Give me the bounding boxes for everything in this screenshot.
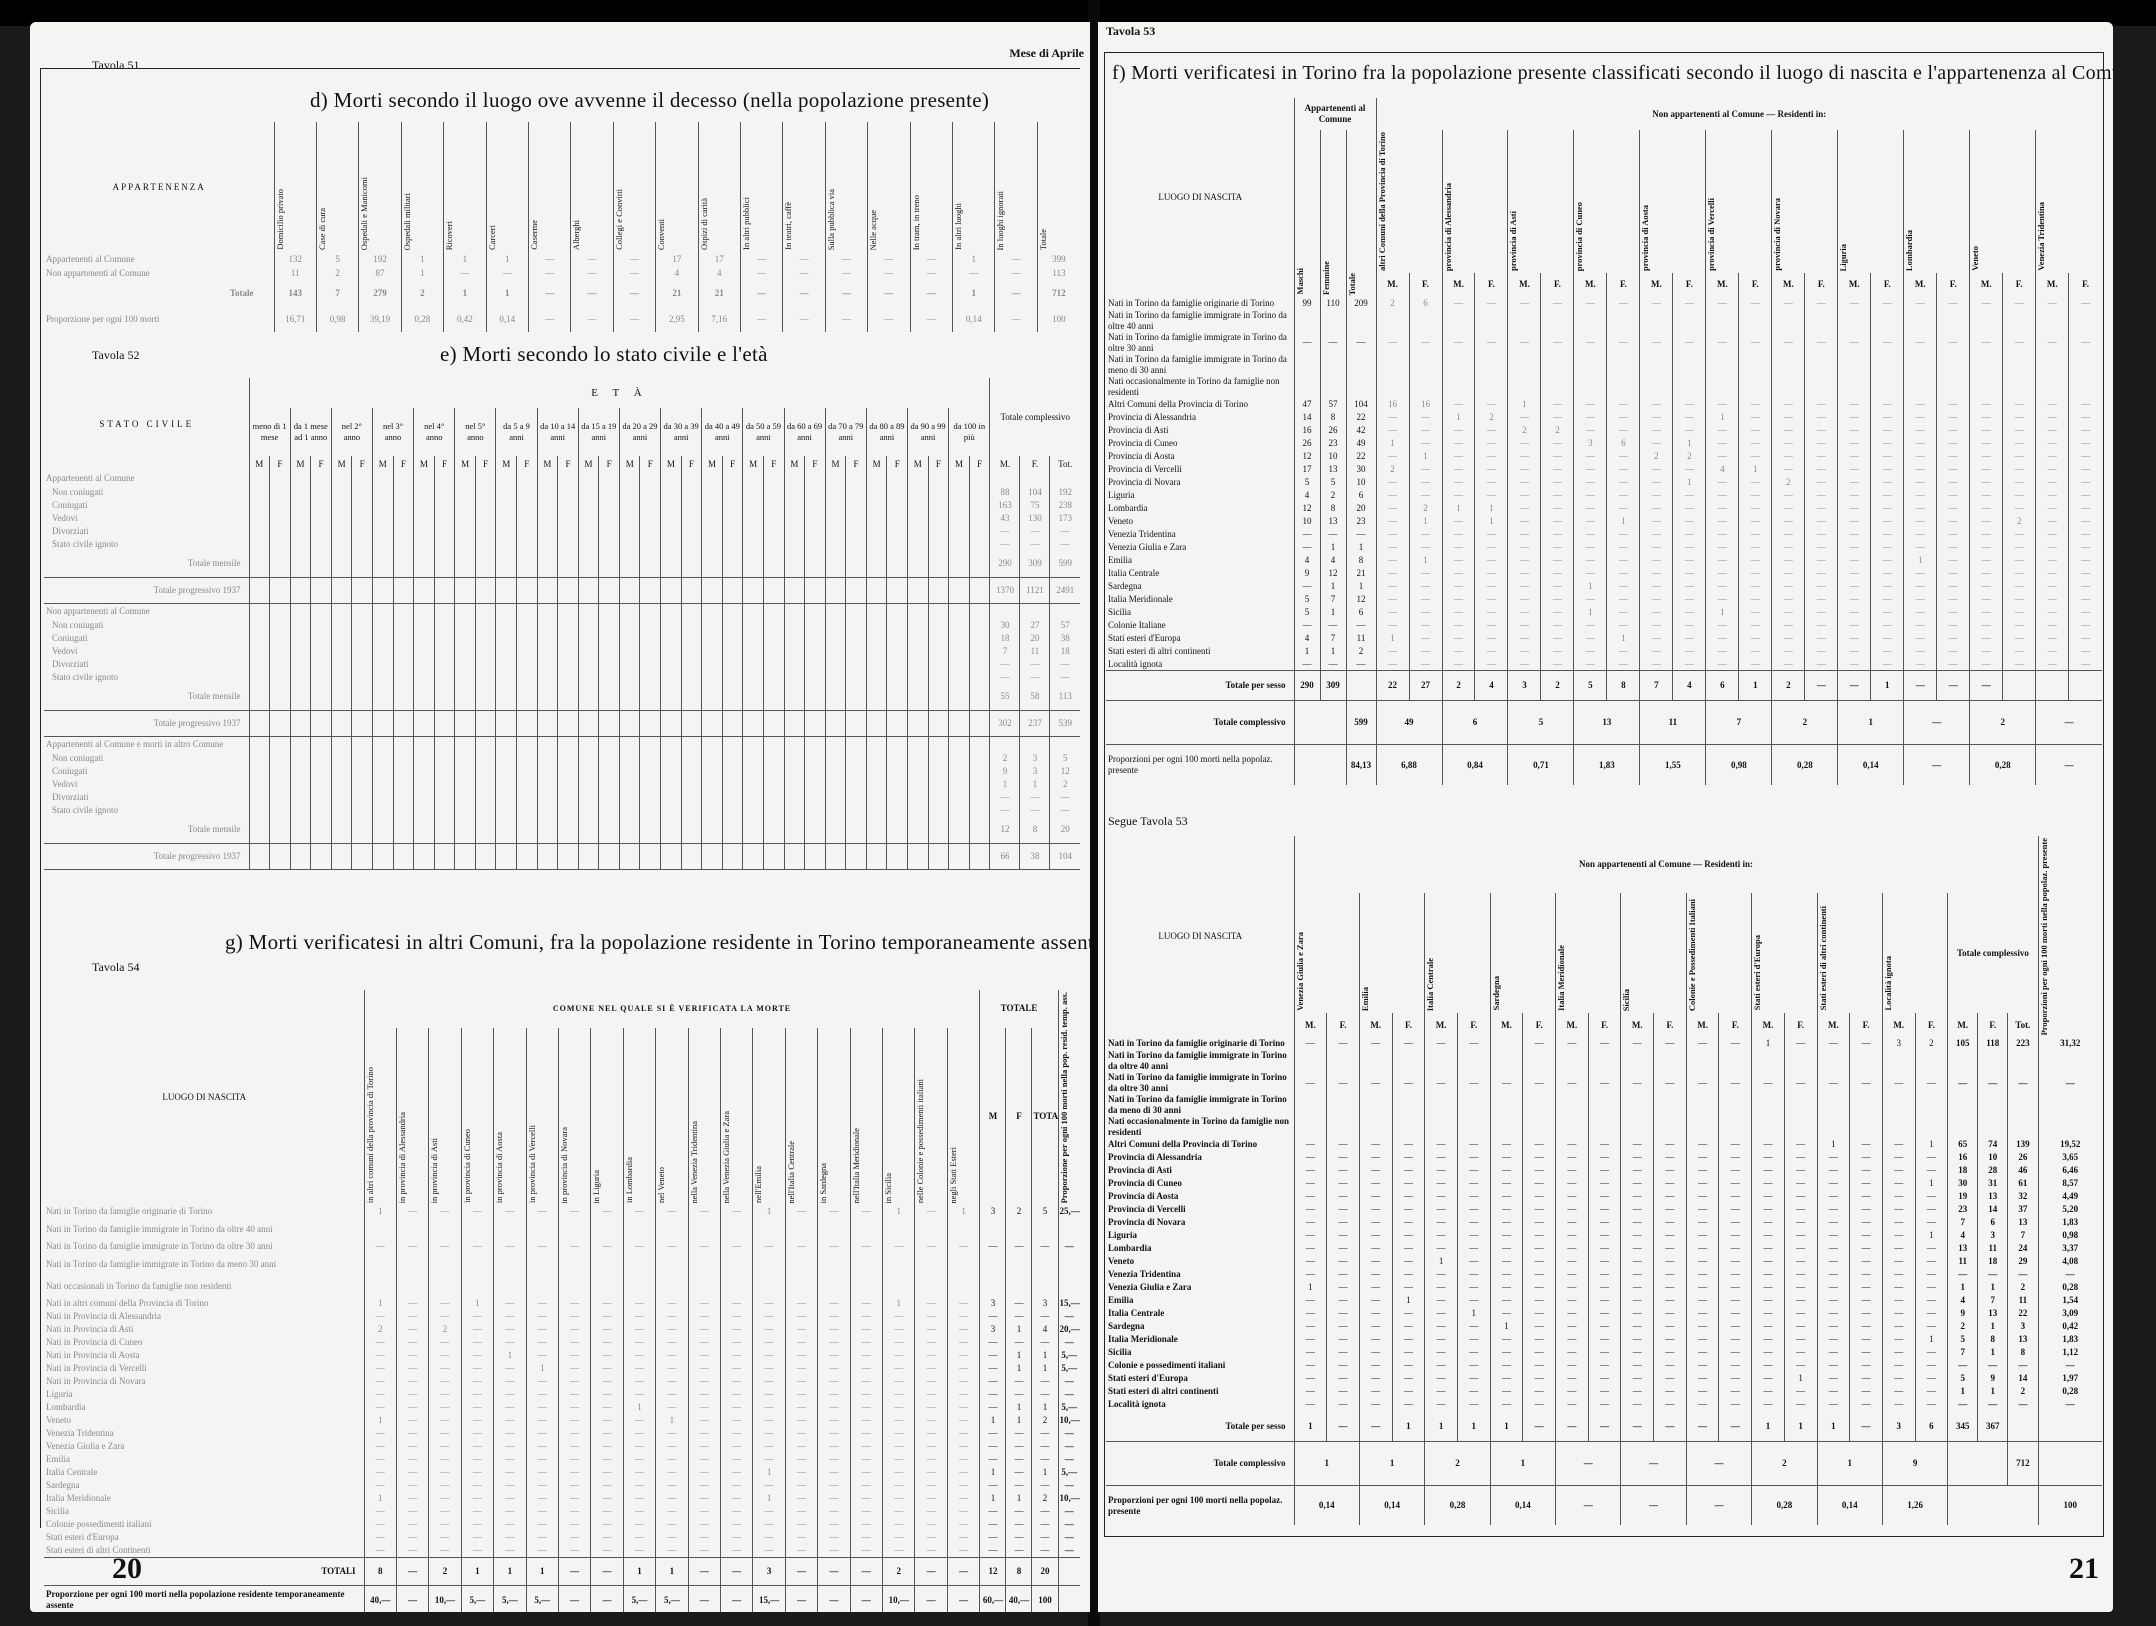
value-cell: —: [571, 306, 613, 332]
value-cell: 1: [444, 252, 486, 266]
value-cell: —: [947, 1440, 980, 1453]
value-cell: —: [1392, 1346, 1425, 1359]
value-cell: [455, 710, 476, 736]
total-cell: 8: [2008, 1346, 2038, 1359]
value-cell: —: [850, 1323, 882, 1336]
value-cell: —: [1850, 1320, 1883, 1333]
value-cell: [681, 710, 702, 736]
value-cell: [1882, 1050, 1915, 1072]
value-cell: —: [1752, 1346, 1785, 1359]
row-label: Totale mensile: [44, 551, 249, 577]
value-cell: —: [1607, 606, 1640, 619]
sex-header: F.: [1739, 273, 1772, 297]
value-cell: [805, 804, 826, 817]
value-cell: —: [1523, 1164, 1556, 1177]
value-cell: [846, 538, 867, 551]
value-cell: 2: [429, 1323, 461, 1336]
column-header-text: In luoghi ignorati: [996, 189, 1005, 253]
value-cell: —: [1640, 645, 1673, 658]
total-cell: 4: [1032, 1323, 1058, 1336]
value-cell: 1: [953, 252, 995, 266]
total-cell: 13: [1948, 1242, 1978, 1255]
value-cell: —: [623, 1414, 655, 1427]
value-cell: [372, 843, 393, 869]
value-cell: —: [2003, 411, 2036, 424]
value-cell: —: [753, 1362, 785, 1375]
value-cell: —: [591, 1310, 623, 1323]
value-cell: [1320, 354, 1346, 376]
total-cell: 11: [1978, 1242, 2008, 1255]
value-cell: [1327, 1116, 1360, 1138]
value-cell: [496, 525, 517, 538]
value-cell: —: [688, 1505, 720, 1518]
value-cell: —: [850, 1336, 882, 1349]
value-cell: [475, 632, 496, 645]
value-cell: [949, 778, 970, 791]
value-cell: [455, 499, 476, 512]
value-cell: [558, 632, 579, 645]
value-cell: [969, 619, 990, 632]
sex-header: F: [434, 456, 455, 470]
value-cell: [949, 538, 970, 551]
total-cell: —: [1006, 1388, 1032, 1401]
value-cell: [1805, 310, 1838, 332]
value-cell: [1020, 470, 1050, 486]
table-row: Nati in Provincia di Cuneo——————————————…: [44, 1336, 1080, 1349]
value-cell: —: [1904, 411, 1937, 424]
value-cell: [331, 710, 352, 736]
value-cell: —: [1442, 476, 1475, 489]
value-cell: [352, 632, 373, 645]
value-cell: [661, 499, 682, 512]
value-cell: —: [818, 1518, 850, 1531]
value-cell: —: [494, 1240, 526, 1253]
value-cell: [681, 603, 702, 619]
sex-header: F.: [1588, 1013, 1621, 1038]
value-cell: [763, 645, 784, 658]
age-column-header: da 40 a 49 anni: [702, 408, 743, 456]
table-row: Provincia di Asti162642————22———————————…: [1106, 424, 2102, 437]
value-cell: —: [1523, 1072, 1556, 1094]
value-cell: [461, 1218, 493, 1240]
value-cell: —: [1739, 606, 1772, 619]
table-row: Nati in Provincia di Aosta————1—————————…: [44, 1349, 1080, 1362]
value-cell: [331, 817, 352, 843]
column-header: in Sardegna: [818, 1028, 850, 1205]
table-row: Venezia Giulia e Zara1——————————————————…: [1106, 1281, 2102, 1294]
value-cell: [2036, 354, 2069, 376]
value-cell: —: [1970, 541, 2003, 554]
total-cell: 238: [1050, 499, 1080, 512]
value-cell: —: [1556, 1229, 1589, 1242]
row-label: Totale progressivo 1937: [44, 577, 249, 603]
value-cell: [928, 486, 949, 499]
value-cell: —: [1607, 541, 1640, 554]
column-header-text: Località ignota: [1884, 954, 1893, 1013]
value-cell: [743, 671, 764, 684]
value-cell: —: [1359, 1359, 1392, 1372]
value-cell: —: [1346, 658, 1376, 671]
value-cell: —: [1376, 658, 1409, 671]
value-cell: [640, 538, 661, 551]
value-cell: —: [1621, 1164, 1654, 1177]
value-cell: —: [656, 1505, 688, 1518]
value-cell: 1: [623, 1557, 655, 1585]
total-cell: —: [1948, 1398, 1978, 1411]
value-cell: —: [783, 280, 825, 306]
total-cell: —: [1032, 1310, 1058, 1323]
value-cell: —: [688, 1240, 720, 1253]
value-cell: [928, 804, 949, 817]
value-cell: [846, 684, 867, 710]
value-cell: [599, 765, 620, 778]
value-cell: —: [656, 1205, 688, 1218]
value-cell: —: [1970, 632, 2003, 645]
value-cell: —: [1359, 1294, 1392, 1307]
value-cell: —: [1294, 1190, 1327, 1203]
total-cell: 11: [2008, 1294, 2038, 1307]
value-cell: 1: [364, 1205, 396, 1218]
sex-header: M.: [1970, 273, 2003, 297]
value-cell: —: [1805, 463, 1838, 476]
value-cell: [249, 752, 270, 765]
value-cell: [372, 804, 393, 817]
value-cell: [331, 577, 352, 603]
value-cell: 9: [1294, 567, 1320, 580]
value-cell: [526, 1253, 558, 1275]
column-header: Italia Centrale: [1425, 893, 1490, 1012]
value-cell: —: [1838, 450, 1871, 463]
column-header-text: Totale: [1348, 271, 1357, 297]
value-cell: [928, 736, 949, 752]
t54-label: Tavola 54: [92, 960, 139, 975]
value-cell: —: [1327, 1037, 1360, 1050]
value-cell: —: [2069, 489, 2102, 502]
value-cell: —: [785, 1205, 817, 1218]
value-cell: [599, 632, 620, 645]
value-cell: —: [818, 1557, 850, 1585]
prop-cell: —: [1058, 1479, 1080, 1492]
value-cell: [784, 736, 805, 752]
sex-header: F: [887, 456, 908, 470]
value-cell: —: [947, 1531, 980, 1544]
value-cell: —: [571, 252, 613, 266]
value-cell: —: [1904, 502, 1937, 515]
value-cell: —: [1817, 1372, 1850, 1385]
value-cell: [702, 512, 723, 525]
row-label: Nati in Provincia di Asti: [44, 1323, 364, 1336]
value-cell: —: [1640, 424, 1673, 437]
column-header: provincia di Cuneo: [1574, 130, 1640, 273]
value-cell: 1: [1574, 580, 1607, 593]
value-cell: —: [1574, 645, 1607, 658]
value-cell: [1673, 376, 1706, 398]
value-cell: —: [656, 1362, 688, 1375]
table-row: Provincia di Cuneo———————————————————130…: [1106, 1177, 2102, 1190]
value-cell: [846, 843, 867, 869]
value-cell: —: [1556, 1255, 1589, 1268]
value-cell: —: [613, 306, 655, 332]
value-cell: [558, 791, 579, 804]
value-cell: [969, 603, 990, 619]
value-cell: [887, 645, 908, 658]
group-header: COMUNE NEL QUALE SI È VERIFICATA LA MORT…: [364, 990, 980, 1028]
value-cell: [805, 538, 826, 551]
value-cell: —: [818, 1544, 850, 1557]
value-cell: —: [429, 1362, 461, 1375]
column-header: Ospedali e Manicomi: [359, 122, 401, 252]
value-cell: —: [883, 1466, 915, 1479]
value-cell: [558, 710, 579, 736]
value-cell: —: [1442, 580, 1475, 593]
sex-header: F.: [2069, 273, 2102, 297]
value-cell: —: [1937, 463, 1970, 476]
value-cell: —: [1359, 1307, 1392, 1320]
value-cell: —: [850, 1205, 882, 1218]
value-cell: —: [1294, 1151, 1327, 1164]
value-cell: —: [688, 1479, 720, 1492]
value-cell: —: [623, 1466, 655, 1479]
value-cell: —: [1772, 463, 1805, 476]
value-cell: —: [785, 1453, 817, 1466]
value-cell: [702, 486, 723, 499]
value-cell: —: [1320, 332, 1346, 354]
value-cell: —: [1686, 1255, 1719, 1268]
value-cell: [1850, 1050, 1883, 1072]
value-cell: —: [1970, 658, 2003, 671]
value-cell: [414, 671, 435, 684]
value-cell: —: [688, 1427, 720, 1440]
total-cell: 3: [980, 1323, 1006, 1336]
value-cell: —: [1915, 1072, 1948, 1094]
value-cell: 0,42: [444, 306, 486, 332]
value-cell: —: [1588, 1229, 1621, 1242]
value-cell: —: [1409, 619, 1442, 632]
value-cell: —: [1392, 1037, 1425, 1050]
value-cell: —: [818, 1349, 850, 1362]
t53b-table: LUOGO DI NASCITANon appartenenti al Comu…: [1106, 836, 2102, 1525]
value-cell: [1475, 354, 1508, 376]
value-cell: [908, 551, 929, 577]
value-cell: [331, 632, 352, 645]
value-cell: —: [1850, 1398, 1883, 1411]
sex-header: M: [414, 456, 435, 470]
value-cell: [1541, 376, 1574, 398]
value-cell: 5: [1508, 701, 1574, 745]
value-cell: 2: [1320, 489, 1346, 502]
column-header-text: nelle Colonie e possedimenti italiani: [916, 1077, 925, 1205]
value-cell: [496, 710, 517, 736]
value-cell: [393, 765, 414, 778]
prop-header-text: Proporzione per ogni 100 morti nella pop…: [1060, 990, 1069, 1205]
value-cell: —: [1706, 437, 1739, 450]
table-row: Nati in Provincia di Vercelli—————1—————…: [44, 1362, 1080, 1375]
value-cell: —: [558, 1205, 590, 1218]
value-cell: —: [1673, 515, 1706, 528]
column-header: Venezia Giulia e Zara: [1294, 893, 1359, 1012]
value-cell: —: [850, 1479, 882, 1492]
prop-cell: 1,83: [2038, 1216, 2102, 1229]
value-cell: —: [2036, 489, 2069, 502]
value-cell: [763, 619, 784, 632]
value-cell: —: [1588, 1138, 1621, 1151]
value-cell: [352, 645, 373, 658]
column-header: in provincia di Vercelli: [526, 1028, 558, 1205]
value-cell: [969, 671, 990, 684]
value-cell: —: [461, 1362, 493, 1375]
value-cell: —: [396, 1585, 428, 1612]
value-cell: —: [429, 1310, 461, 1323]
value-cell: —: [883, 1349, 915, 1362]
value-cell: —: [1686, 1203, 1719, 1216]
value-cell: —: [850, 1362, 882, 1375]
value-cell: [640, 512, 661, 525]
value-cell: 2: [1772, 671, 1805, 701]
value-cell: [661, 486, 682, 499]
total-cell: 3: [980, 1205, 1006, 1218]
value-cell: —: [1915, 1372, 1948, 1385]
value-cell: —: [720, 1323, 752, 1336]
value-cell: —: [1442, 528, 1475, 541]
value-cell: [311, 603, 332, 619]
value-cell: —: [1475, 658, 1508, 671]
total-cell: [1978, 1050, 2008, 1072]
value-cell: —: [1686, 1229, 1719, 1242]
value-cell: [352, 525, 373, 538]
value-cell: —: [1904, 567, 1937, 580]
value-cell: —: [1838, 554, 1871, 567]
column-header: provincia di Novara: [1772, 130, 1838, 273]
value-cell: [619, 551, 640, 577]
value-cell: [414, 551, 435, 577]
value-cell: —: [1359, 1203, 1392, 1216]
value-cell: [249, 512, 270, 525]
value-cell: [290, 603, 311, 619]
value-cell: [1574, 354, 1607, 376]
value-cell: [578, 791, 599, 804]
value-cell: —: [995, 252, 1037, 266]
total-cell: 1: [980, 1492, 1006, 1505]
value-cell: 4: [1475, 671, 1508, 701]
value-cell: —: [1607, 398, 1640, 411]
value-cell: —: [571, 266, 613, 280]
value-cell: —: [720, 1479, 752, 1492]
column-header-text: Conventi: [657, 217, 666, 252]
table-row: Colonie Italiane————————————————————————…: [1106, 619, 2102, 632]
value-cell: —: [1937, 645, 1970, 658]
value-cell: —: [1574, 297, 1607, 310]
value-cell: [1294, 1050, 1327, 1072]
value-cell: —: [1541, 332, 1574, 354]
value-cell: [661, 525, 682, 538]
value-cell: [270, 512, 291, 525]
value-cell: [558, 658, 579, 671]
row-label: Sardegna: [1106, 580, 1294, 593]
value-cell: —: [461, 1505, 493, 1518]
value-cell: —: [720, 1585, 752, 1612]
value-cell: 5: [316, 252, 358, 266]
value-cell: [805, 736, 826, 752]
value-cell: —: [1294, 1242, 1327, 1255]
value-cell: [784, 817, 805, 843]
value-cell: —: [1490, 1359, 1523, 1372]
value-cell: [496, 817, 517, 843]
value-cell: 1: [953, 280, 995, 306]
value-cell: —: [1588, 1164, 1621, 1177]
value-cell: —: [1915, 1190, 1948, 1203]
value-cell: —: [364, 1336, 396, 1349]
value-cell: [722, 577, 743, 603]
value-cell: 39,19: [359, 306, 401, 332]
value-cell: —: [623, 1240, 655, 1253]
value-cell: [455, 765, 476, 778]
value-cell: —: [1817, 1216, 1850, 1229]
prop-cell: —: [2038, 1072, 2102, 1094]
value-cell: —: [1915, 1242, 1948, 1255]
value-cell: —: [1475, 437, 1508, 450]
value-cell: [331, 525, 352, 538]
value-cell: [537, 486, 558, 499]
value-cell: —: [850, 1310, 882, 1323]
value-cell: —: [558, 1557, 590, 1585]
value-cell: [352, 765, 373, 778]
total-cell: 3: [1978, 1229, 2008, 1242]
value-cell: —: [1588, 1333, 1621, 1346]
column-header-text: Alberghi: [572, 218, 581, 252]
total-cell: 43: [990, 512, 1020, 525]
value-cell: [311, 658, 332, 671]
value-cell: [887, 765, 908, 778]
value-cell: —: [1772, 619, 1805, 632]
value-cell: —: [1607, 297, 1640, 310]
value-cell: —: [915, 1336, 947, 1349]
value-cell: —: [850, 1440, 882, 1453]
value-cell: —: [1706, 593, 1739, 606]
value-cell: [393, 791, 414, 804]
value-cell: [393, 470, 414, 486]
value-cell: —: [1508, 554, 1541, 567]
column-header-text: provincia di Alessandria: [1444, 181, 1453, 273]
prop-header: Proporzioni per ogni 100 morti nella pop…: [2038, 836, 2102, 1037]
value-cell: [640, 684, 661, 710]
value-cell: [475, 752, 496, 765]
value-cell: —: [429, 1518, 461, 1531]
value-cell: —: [1392, 1229, 1425, 1242]
value-cell: [805, 671, 826, 684]
prop-cell: 3,09: [2038, 1307, 2102, 1320]
value-cell: 1,83: [1574, 745, 1640, 785]
value-cell: [640, 499, 661, 512]
value-cell: [619, 765, 640, 778]
value-cell: —: [526, 1297, 558, 1310]
sex-header: F: [475, 456, 496, 470]
total-cell: 7: [1978, 1294, 2008, 1307]
table-row: Lombardia————————1———————————115,—: [44, 1401, 1080, 1414]
value-cell: —: [1970, 671, 2003, 701]
total-cell: —: [1020, 671, 1050, 684]
value-cell: 1: [656, 1414, 688, 1427]
value-cell: 1: [1490, 1441, 1555, 1485]
value-cell: [455, 577, 476, 603]
value-cell: [928, 658, 949, 671]
value-cell: [640, 470, 661, 486]
value-cell: 1: [883, 1205, 915, 1218]
value-cell: [908, 791, 929, 804]
value-cell: —: [818, 1492, 850, 1505]
sex-header: F.: [1457, 1013, 1490, 1038]
sex-header: F.: [1409, 273, 1442, 297]
value-cell: —: [1640, 332, 1673, 354]
